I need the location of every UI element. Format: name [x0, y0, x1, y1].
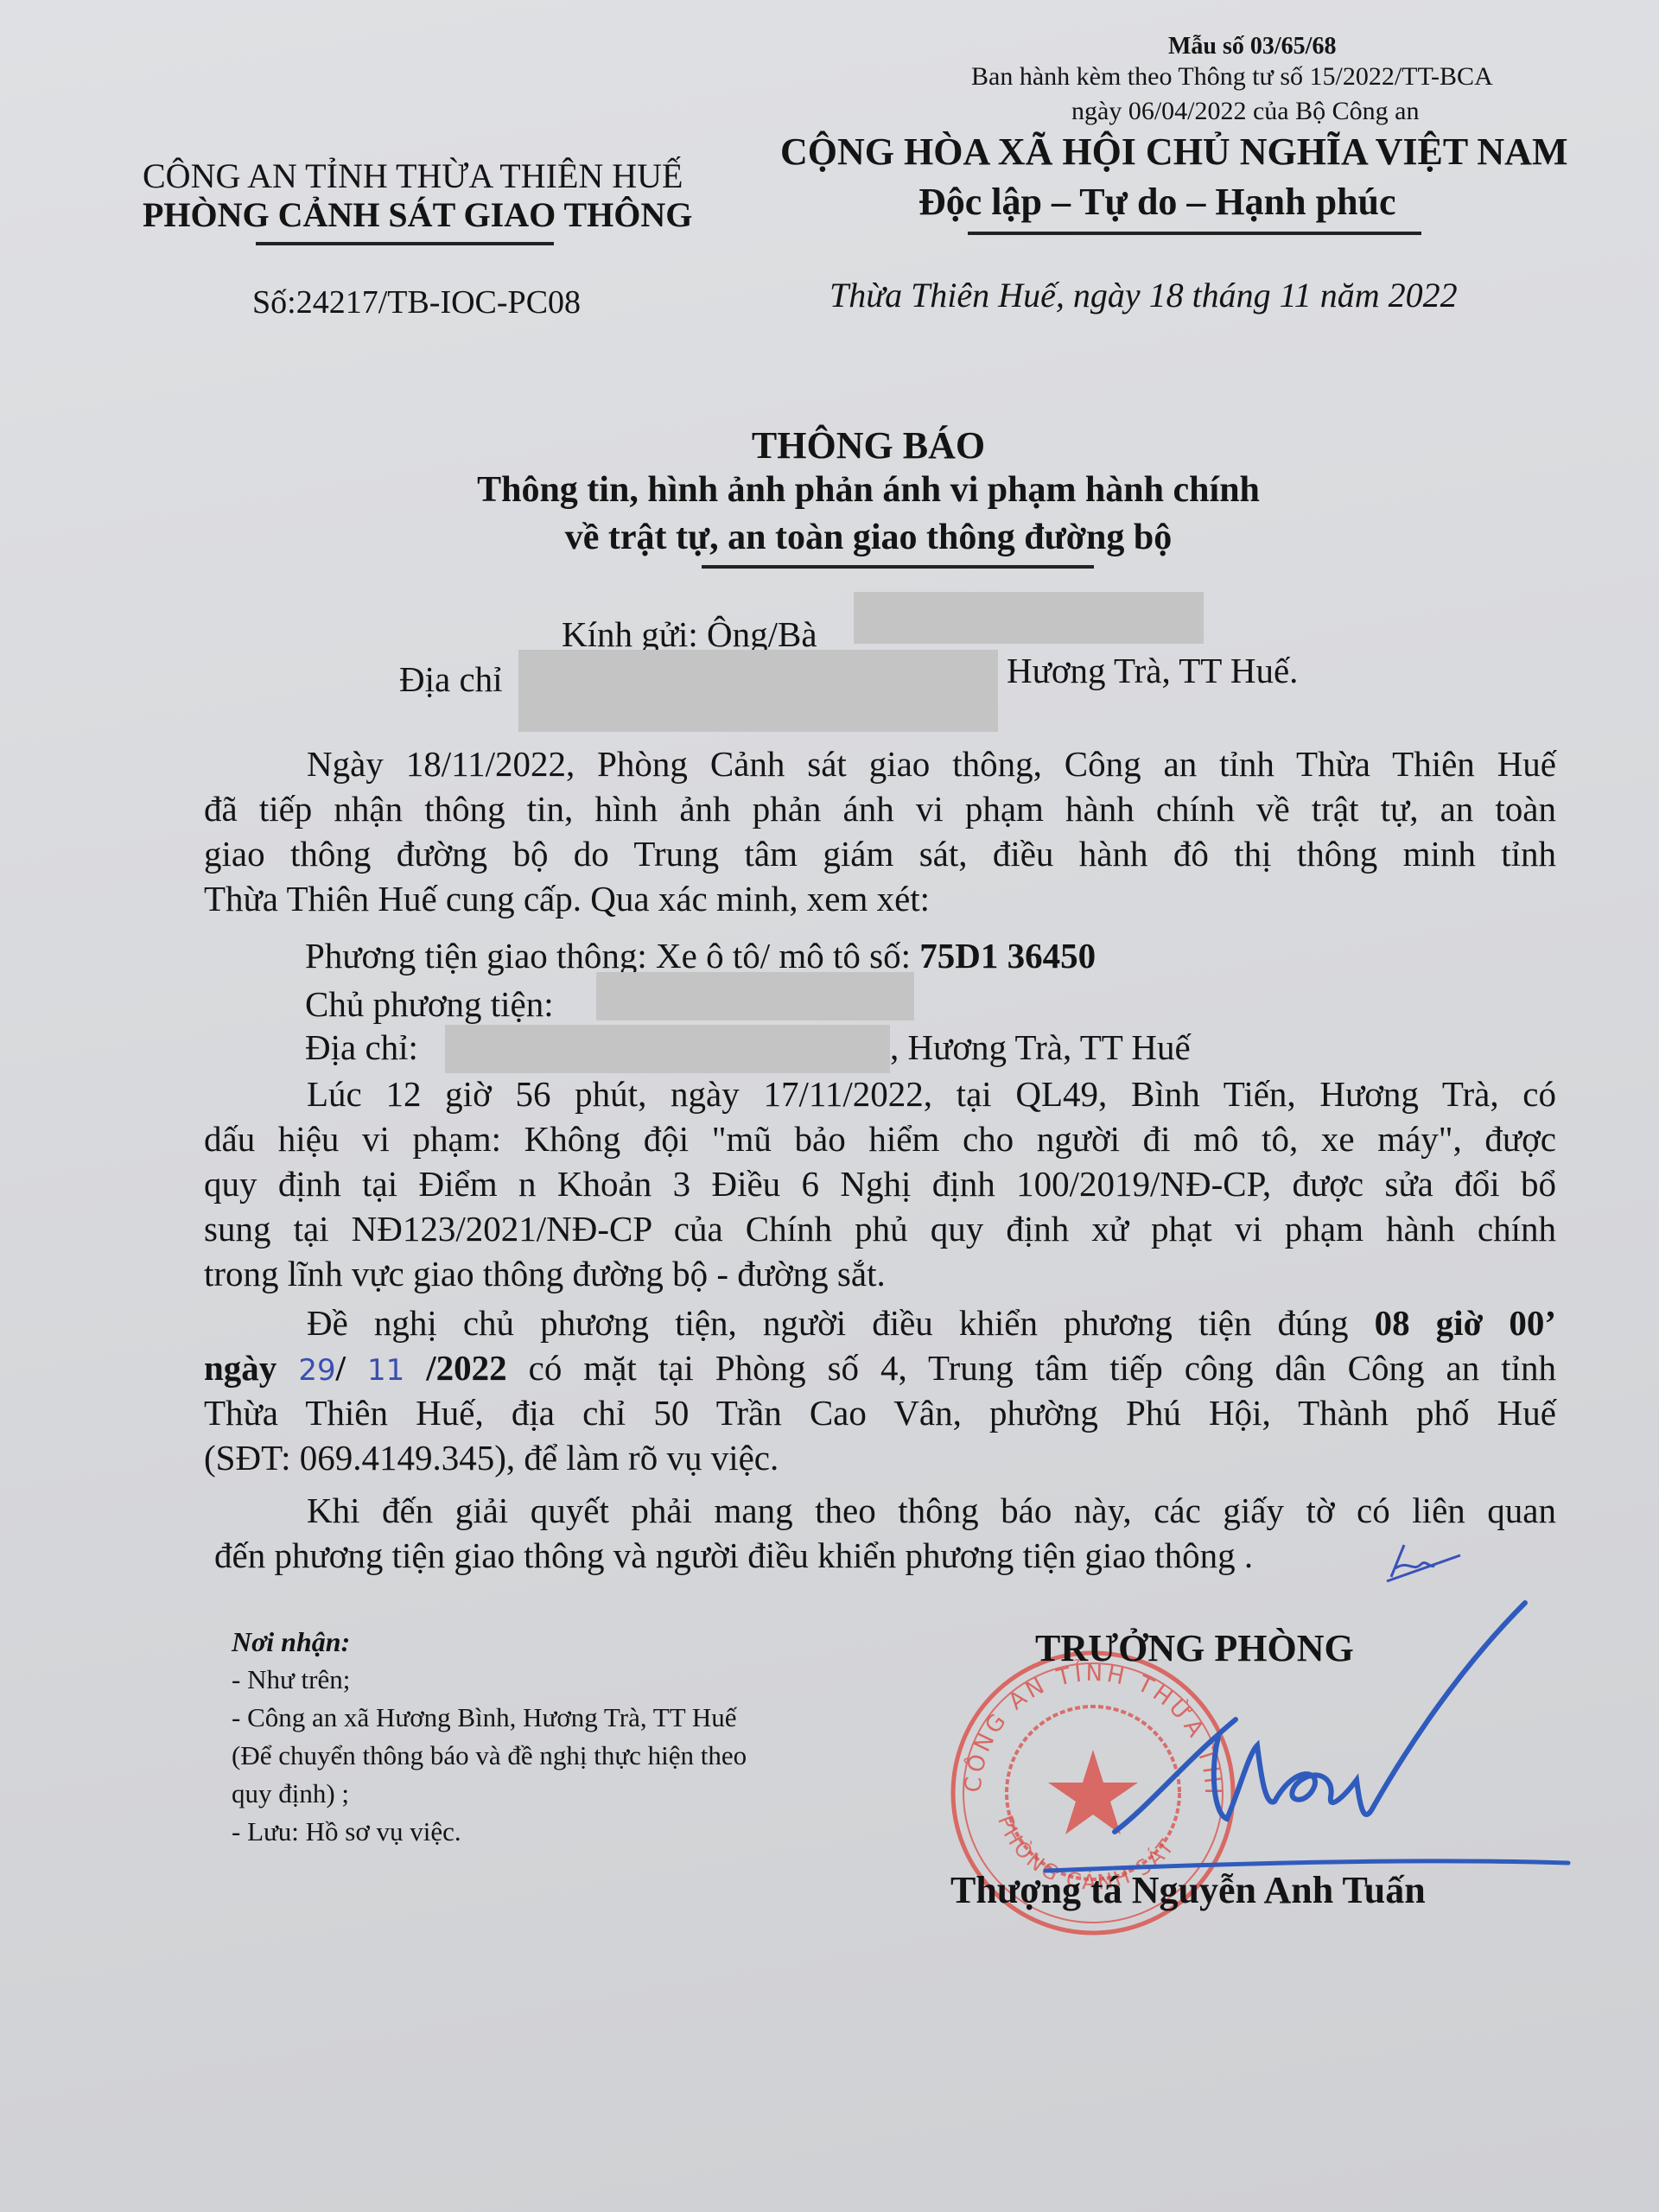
document-number: Số:24217/TB-IOC-PC08 [252, 283, 581, 321]
motto-underline [968, 232, 1421, 235]
paragraph-2-line: dấu hiệu vi phạm: Không đội "mũ bảo hiểm… [204, 1116, 1556, 1161]
department-underline [256, 242, 554, 245]
owner-address-suffix: , Hương Trà, TT Huế [890, 1027, 1191, 1068]
vehicle-line: Phương tiện giao thông: Xe ô tô/ mô tô s… [305, 935, 1096, 976]
recipient-item: quy định) ; [232, 1778, 349, 1809]
form-number: Mẫu số 03/65/68 [1168, 33, 1336, 60]
paragraph-3-line: (SĐT: 069.4149.345), để làm rõ vụ việc. [204, 1435, 1556, 1480]
paragraph-3-line: Thừa Thiên Huế, địa chỉ 50 Trần Cao Vân,… [204, 1390, 1556, 1435]
document-subtitle-1: Thông tin, hình ảnh phản ánh vi phạm hàn… [0, 469, 1659, 511]
redacted-recipient-name [854, 592, 1204, 644]
recipient-item: - Lưu: Hồ sơ vụ việc. [232, 1816, 461, 1847]
paragraph-2-line: Lúc 12 giờ 56 phút, ngày 17/11/2022, tại… [307, 1071, 1556, 1116]
appointment-year: /2022 [426, 1348, 506, 1388]
handwritten-signature-icon [1097, 1590, 1581, 1875]
paragraph-1-line: đã tiếp nhận thông tin, hình ảnh phản án… [204, 786, 1556, 831]
title-underline [702, 565, 1094, 569]
appointment-time: 08 giờ 00’ [1375, 1303, 1556, 1343]
form-issued-line2: ngày 06/04/2022 của Bộ Công an [1071, 97, 1419, 126]
paragraph-2-line: trong lĩnh vực giao thông đường bộ - đườ… [204, 1251, 1556, 1296]
paragraph-3-line: ngày 29/ 11 /2022 có mặt tại Phòng số 4,… [204, 1345, 1556, 1393]
paragraph-1-line: giao thông đường bộ do Trung tâm giám sá… [204, 831, 1556, 876]
address-label: Địa chỉ [399, 658, 503, 700]
national-motto: Độc lập – Tự do – Hạnh phúc [918, 180, 1396, 224]
vehicle-plate: 75D1 36450 [919, 936, 1096, 976]
paragraph-3-line: Đề nghị chủ phương tiện, người điều khiể… [307, 1300, 1556, 1345]
document-subtitle-2: về trật tự, an toàn giao thông đường bộ [0, 517, 1659, 558]
redacted-owner-address [445, 1025, 890, 1073]
redacted-owner-name [596, 972, 914, 1020]
address-suffix: Hương Trà, TT Huế. [1007, 650, 1298, 691]
recipient-item: - Như trên; [232, 1664, 350, 1695]
handwritten-month: 11 [367, 1353, 404, 1388]
redacted-recipient-address [518, 650, 998, 732]
document-page: Mẫu số 03/65/68 Ban hành kèm theo Thông … [0, 0, 1659, 2212]
owner-label: Chủ phương tiện: [305, 983, 554, 1025]
paragraph-1-line: Ngày 18/11/2022, Phòng Cảnh sát giao thô… [307, 741, 1556, 786]
department-name: PHÒNG CẢNH SÁT GIAO THÔNG [143, 194, 692, 235]
agency-name: CÔNG AN TỈNH THỪA THIÊN HUẾ [143, 156, 683, 196]
recipients-title: Nơi nhận: [232, 1626, 350, 1658]
paragraph-2-line: quy định tại Điểm n Khoản 3 Điều 6 Nghị … [204, 1161, 1556, 1206]
paragraph-4-line: Khi đến giải quyết phải mang theo thông … [307, 1488, 1556, 1533]
signer-name: Thượng tá Nguyễn Anh Tuấn [950, 1868, 1426, 1912]
handwritten-day: 29 [298, 1353, 335, 1388]
greeting-label: Kính gửi: Ông/Bà [562, 613, 817, 655]
form-issued-line1: Ban hành kèm theo Thông tư số 15/2022/TT… [971, 62, 1493, 92]
vehicle-label: Phương tiện giao thông: Xe ô tô/ mô tô s… [305, 936, 919, 976]
place-and-date: Thừa Thiên Huế, ngày 18 tháng 11 năm 202… [829, 275, 1458, 315]
initials-mark-icon [1382, 1538, 1469, 1590]
recipient-item: - Công an xã Hương Bình, Hương Trà, TT H… [232, 1702, 737, 1733]
owner-address-label: Địa chỉ: [305, 1027, 418, 1068]
paragraph-1-line: Thừa Thiên Huế cung cấp. Qua xác minh, x… [204, 876, 1556, 921]
republic-title: CỘNG HÒA XÃ HỘI CHỦ NGHĨA VIỆT NAM [780, 130, 1567, 174]
recipient-item: (Để chuyển thông báo và đề nghị thực hiệ… [232, 1740, 747, 1771]
paragraph-2-line: sung tại NĐ123/2021/NĐ-CP của Chính phủ … [204, 1206, 1556, 1251]
document-title: THÔNG BÁO [0, 423, 1659, 467]
paragraph-4-line: đến phương tiện giao thông và người điều… [214, 1533, 1424, 1578]
